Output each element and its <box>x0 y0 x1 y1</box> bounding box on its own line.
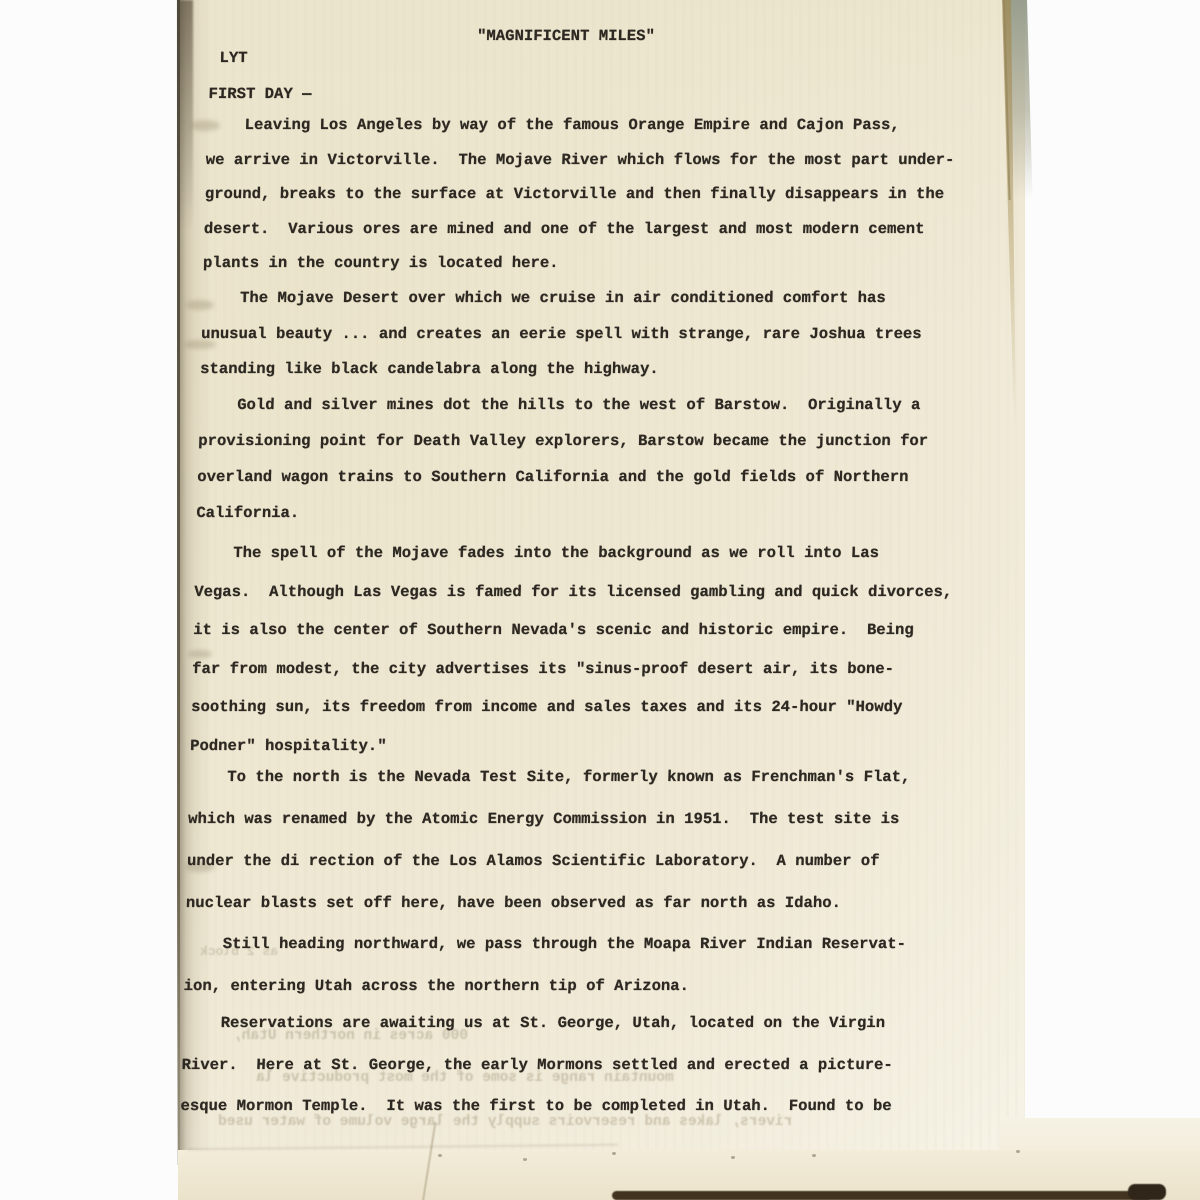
typed-line: esque Mormon Temple. It was the first to… <box>180 1086 971 1128</box>
typed-line: The spell of the Mojave fades into the b… <box>195 534 986 573</box>
typed-line: overland wagon trains to Southern Califo… <box>197 459 988 495</box>
typed-line: far from modest, the city advertises its… <box>192 650 983 689</box>
paragraph: Reservations are awaiting us at St. Geor… <box>180 1003 973 1128</box>
paragraph: The spell of the Mojave fades into the b… <box>190 534 986 765</box>
paragraph: To the north is the Nevada Test Site, fo… <box>185 756 979 924</box>
typed-line: River. Here at St. George, the early Mor… <box>181 1045 972 1087</box>
document-title: "MAGNIFICENT MILES" <box>477 27 655 45</box>
paragraph: Still heading northward, we pass through… <box>183 923 975 1007</box>
scan-photo: as 2 block000 acres in northern Utah,mou… <box>0 0 1200 1200</box>
paragraph: The Mojave Desert over which we cruise i… <box>200 281 993 388</box>
typed-text-block: "MAGNIFICENT MILES" LYT FIRST DAY — Leav… <box>178 0 1000 1200</box>
paragraph: Gold and silver mines dot the hills to t… <box>196 387 990 531</box>
typed-line: which was renamed by the Atomic Energy C… <box>188 798 979 840</box>
typed-line: provisioning point for Death Valley expl… <box>198 423 989 459</box>
typed-line: Leaving Los Angeles by way of the famous… <box>206 108 997 143</box>
typed-line: unusual beauty ... and creates an eerie … <box>201 317 992 353</box>
typed-line: under the di rection of the Los Alamos S… <box>186 840 977 882</box>
typed-line: ion, entering Utah across the northern t… <box>183 965 974 1007</box>
typed-line: standing like black candelabra along the… <box>200 352 991 388</box>
background-shadow-blob <box>1128 1184 1166 1200</box>
typed-line: Still heading northward, we pass through… <box>184 923 975 965</box>
typed-line: Vegas. Although Las Vegas is famed for i… <box>194 573 985 612</box>
paragraph: Leaving Los Angeles by way of the famous… <box>203 108 998 281</box>
typed-line: we arrive in Victorville. The Mojave Riv… <box>205 143 996 178</box>
typed-line: desert. Various ores are mined and one o… <box>203 212 994 247</box>
typed-line: Gold and silver mines dot the hills to t… <box>199 387 990 423</box>
typed-line: California. <box>196 495 987 531</box>
typed-line: it is also the center of Southern Nevada… <box>193 611 984 650</box>
typed-line: ground, breaks to the surface at Victorv… <box>204 177 995 212</box>
typed-line: plants in the country is located here. <box>203 246 994 281</box>
typed-line: The Mojave Desert over which we cruise i… <box>202 281 993 317</box>
typist-initials: LYT <box>219 49 248 67</box>
typed-line: nuclear blasts set off here, have been o… <box>185 882 976 924</box>
typed-line: soothing sun, its freedom from income an… <box>191 688 982 727</box>
typed-line: To the north is the Nevada Test Site, fo… <box>189 756 980 798</box>
typed-line: Reservations are awaiting us at St. Geor… <box>182 1003 973 1045</box>
day-heading: FIRST DAY — <box>208 85 311 103</box>
